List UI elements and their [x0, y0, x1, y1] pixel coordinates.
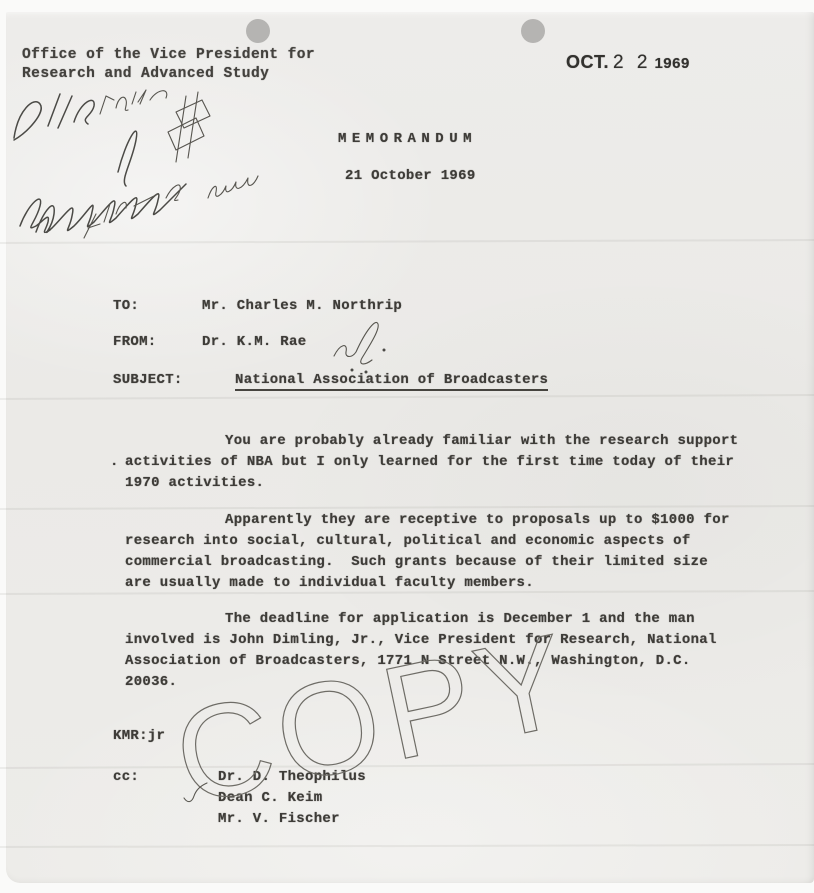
cc-label: cc:	[113, 769, 139, 785]
body-p2-line3: commercial broadcasting. Such grants bec…	[125, 554, 708, 570]
to-label: TO:	[113, 298, 139, 314]
memo-title: MEMORANDUM	[338, 131, 477, 147]
to-value: Mr. Charles M. Northrip	[202, 298, 402, 314]
from-value: Dr. K.M. Rae	[202, 334, 306, 350]
stamp-year: 1969	[654, 55, 689, 72]
letterhead-line2: Research and Advanced Study	[22, 66, 269, 82]
from-label: FROM:	[113, 334, 157, 350]
scanned-memo-page: { "letterhead": { "line1": "Office of th…	[0, 0, 814, 893]
body-p3-line4: 20036.	[125, 674, 177, 690]
punch-hole-right	[521, 19, 545, 43]
cc-name-2: Dean C. Keim	[218, 790, 322, 806]
body-p2-line1: Apparently they are receptive to proposa…	[225, 512, 730, 528]
body-p3-line2: involved is John Dimling, Jr., Vice Pres…	[125, 632, 717, 648]
stamp-day: 2 2	[613, 52, 651, 73]
cc-name-3: Mr. V. Fischer	[218, 811, 340, 827]
cc-name-1: Dr. D. Theophilus	[218, 769, 366, 785]
body-p2-line4: are usually made to individual faculty m…	[125, 575, 534, 591]
subject-value: National Association of Broadcasters	[235, 372, 548, 391]
punch-hole-left	[246, 19, 270, 43]
body-p1-line3: 1970 activities.	[125, 475, 264, 491]
body-p1-line2: activities of NBA but I only learned for…	[125, 454, 734, 470]
subject-label: SUBJECT:	[113, 372, 183, 388]
stray-mark: .	[110, 454, 119, 470]
body-p3-line1: The deadline for application is December…	[225, 611, 695, 627]
memo-date: 21 October 1969	[345, 168, 476, 184]
body-p2-line2: research into social, cultural, politica…	[125, 533, 691, 549]
stamp-month: OCT.	[566, 52, 609, 72]
received-date-stamp: OCT.2 21969	[566, 52, 690, 74]
typist-initials: KMR:jr	[113, 728, 165, 744]
body-p1-line1: You are probably already familiar with t…	[225, 433, 738, 449]
letterhead-line1: Office of the Vice President for	[22, 47, 315, 63]
body-p3-line3: Association of Broadcasters, 1771 N Stre…	[125, 653, 691, 669]
